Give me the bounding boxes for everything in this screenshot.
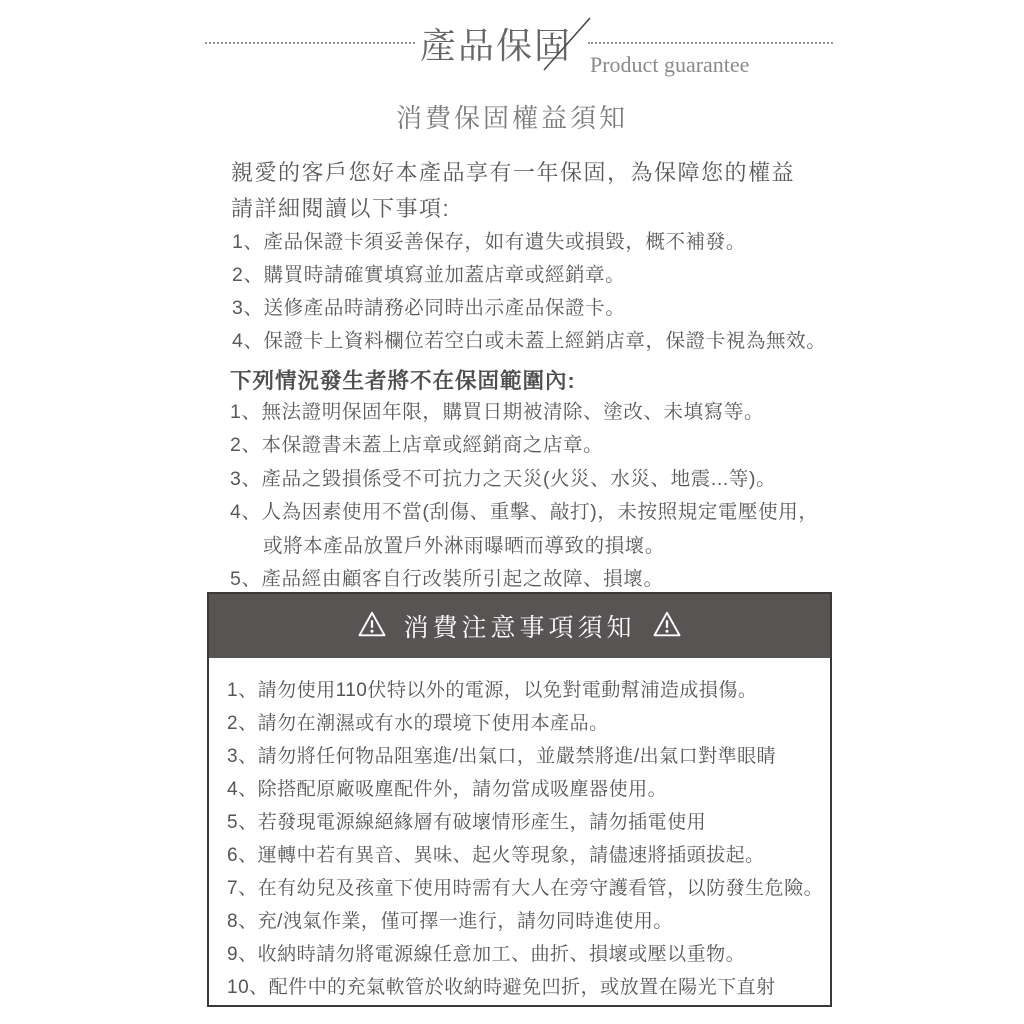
list-item: 2、請勿在潮濕或有水的環境下使用本產品。 (227, 707, 820, 740)
list-item-continuation: 或將本產品放置戶外淋雨曝晒而導致的損壞。 (230, 530, 818, 563)
list-item: 4、人為因素使用不當(刮傷、重擊、敲打)，未按照規定電壓使用， (230, 496, 818, 529)
caution-list: 1、請勿使用110伏特以外的電源，以免對電動幫浦造成損傷。 2、請勿在潮濕或有水… (209, 658, 830, 1004)
list-item: 1、請勿使用110伏特以外的電源，以免對電動幫浦造成損傷。 (227, 674, 820, 707)
intro-text: 親愛的客戶您好本產品享有一年保固，為保障您的權益 請詳細閱讀以下事項: (231, 155, 795, 227)
list-item: 2、本保證書未蓋上店章或經銷商之店章。 (230, 429, 818, 462)
title-slash-divider (541, 16, 593, 77)
list-item: 3、產品之毀損係受不可抗力之天災(火災、水災、地震...等)。 (230, 463, 818, 496)
list-item: 3、請勿將任何物品阻塞進/出氣口，並嚴禁將進/出氣口對準眼睛 (227, 740, 820, 773)
header-dotted-rule-right (588, 42, 833, 44)
list-item: 3、送修產品時請務必同時出示產品保證卡。 (232, 292, 826, 325)
list-item: 6、運轉中若有異音、異味、起火等現象，請儘速將插頭拔起。 (227, 839, 820, 872)
list-item: 7、在有幼兒及孩童下使用時需有大人在旁守護看管，以防發生危險。 (227, 872, 820, 905)
caution-header: 消費注意事項須知 (209, 594, 830, 658)
page-subtitle: Product guarantee (590, 52, 749, 78)
list-item: 2、購買時請確實填寫並加蓋店章或經銷章。 (232, 259, 826, 292)
intro-line-2: 請詳細閱讀以下事項: (231, 191, 795, 227)
list-item: 1、產品保證卡須妥善保存，如有遺失或損毀，概不補發。 (232, 226, 826, 259)
exclusions-section: 下列情況發生者將不在保固範圍內: 1、無法證明保固年限，購買日期被清除、塗改、未… (230, 366, 818, 596)
caution-box: 消費注意事項須知 1、請勿使用110伏特以外的電源，以免對電動幫浦造成損傷。 2… (207, 592, 832, 1007)
list-item: 4、保證卡上資料欄位若空白或未蓋上經銷店章，保證卡視為無效。 (232, 325, 826, 358)
list-item: 10、配件中的充氣軟管於收納時避免凹折，或放置在陽光下直射 (227, 971, 820, 1004)
list-item: 8、充/洩氣作業，僅可擇一進行，請勿同時進使用。 (227, 905, 820, 938)
warning-triangle-icon (357, 610, 387, 643)
warning-triangle-icon (652, 610, 682, 643)
list-item: 5、若發現電源線絕緣層有破壞情形產生，請勿插電使用 (227, 806, 820, 839)
list-item: 4、除搭配原廠吸塵配件外，請勿當成吸塵器使用。 (227, 773, 820, 806)
list-item: 9、收納時請勿將電源線任意加工、曲折、損壞或壓以重物。 (227, 938, 820, 971)
list-item: 1、無法證明保固年限，購買日期被清除、塗改、未填寫等。 (230, 396, 818, 429)
warranty-page: 產品保固 Product guarantee 消費保固權益須知 親愛的客戶您好本… (0, 0, 1024, 1024)
caution-title: 消費注意事項須知 (403, 608, 635, 644)
exclusions-heading: 下列情況發生者將不在保固範圍內: (230, 366, 818, 396)
warranty-list: 1、產品保證卡須妥善保存，如有遺失或損毀，概不補發。 2、購買時請確實填寫並加蓋… (232, 226, 826, 358)
section-heading: 消費保固權益須知 (0, 98, 1024, 135)
intro-line-1: 親愛的客戶您好本產品享有一年保固，為保障您的權益 (231, 155, 795, 191)
header-dotted-rule-left (205, 42, 415, 44)
